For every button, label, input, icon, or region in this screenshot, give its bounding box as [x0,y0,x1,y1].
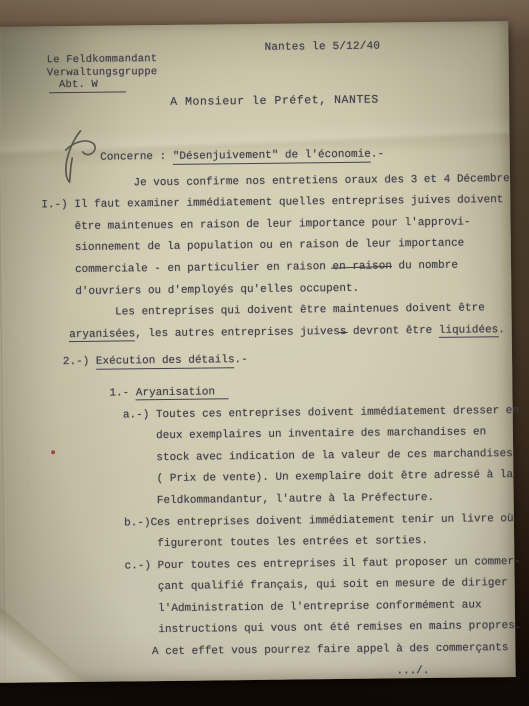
vertical-fold-crease [0,27,8,683]
typed-text-segment: commerciale - en particulier en raison [75,261,333,276]
typed-text-segment: çant qualifié français, qui soit en mesu… [158,577,508,593]
typed-text-segment: Les entreprises qui doivent être mainten… [115,303,485,319]
typed-text-segment: I.-) Il faut examiner immédiatement quel… [41,194,503,211]
typed-text-segment: devront être [346,325,439,338]
typed-text-segment: sionnement de la population ou en raison… [75,238,465,254]
typed-text-segment: A cet effet vous pourrez faire appel à d… [152,642,509,658]
typed-text-segment: Je vous confirme nos entretiens oraux de… [133,173,516,189]
recipient-line: A Monsieur le Préfet, NANTES [170,94,379,109]
typed-text-segment: 1.- [109,387,136,399]
letterhead-line: Verwaltungsgruppe [47,66,158,80]
photographed-document-scene: Le Feldkommandant Verwaltungsgruppe Abt.… [0,0,529,706]
typed-text-segment: .../. [396,665,429,677]
typed-text-segment: figureront toutes les entrées et sorties… [157,535,428,550]
typed-text-segment: s [340,326,347,338]
typed-text-segment: Aryanisation [136,386,229,401]
typed-text-segment: instructions qui vous ont été remises en… [158,620,521,636]
typed-line: 2.-) Exécution des détails.- [63,347,505,374]
typed-text-segment: Feldkommandantur, l'autre à la Préfectur… [157,492,434,507]
letterhead-line: Le Feldkommandant [47,53,158,67]
typed-line: Concerne : "Désenjuivement" de l'économi… [100,143,503,169]
typed-text-segment: c.-) Pour toutes ces entreprises il faut… [125,556,521,572]
typed-text-segment: Concerne : [100,151,173,164]
typed-text-segment: l'Administration de l'entreprise conform… [158,599,482,615]
typed-text-segment: .- [371,148,384,160]
typed-text-segment: liquidées [439,324,499,338]
typed-line: b.-)Ces entreprises doivent immédiatemen… [124,509,507,535]
letterhead-dept-underlined: Abt. W [49,78,126,92]
typed-text-segment: "Désenjuivement" de l'économie [173,149,371,165]
typed-line: .../. [396,660,508,683]
typed-text-segment: . [498,324,505,336]
typed-text-segment: a.-) Toutes ces entreprises doivent immé… [123,405,519,421]
typed-line: ( Prix de vente). Un exemplaire doit êtr… [157,465,507,491]
dateline: Nantes le 5/12/40 [264,41,380,54]
typed-text-segment: b.-)Ces entreprises doivent immédiatemen… [124,513,514,529]
typed-body: Concerne : "Désenjuivement" de l'économi… [41,143,509,686]
typed-text-segment: 2.-) [63,356,96,368]
typed-text-segment: d'ouvriers ou d'employés qu'elles occupe… [75,282,359,297]
typed-text-segment: être maintenues en raison de leur import… [75,216,471,232]
typed-text-segment: stock avec indication de la valeur de ce… [156,448,513,464]
typed-text-segment: , les autres entreprises juives [135,326,340,340]
letterhead-line: Abt. W [47,78,158,93]
typed-text-segment: en raison [332,260,392,273]
typed-text-segment: du nombre [392,260,458,273]
typed-text-segment: ( Prix de vente). Un exemplaire doit êtr… [157,469,514,485]
typed-text-segment: deux exemplaires un inventaire des march… [156,426,486,442]
typed-line: aryanisées, les autres entreprises juive… [69,320,505,347]
document-paper: Le Feldkommandant Verwaltungsgruppe Abt.… [0,21,516,683]
typed-text-segment: aryanisées [69,328,135,342]
typed-text-segment: Exécution des détails [96,355,235,370]
typed-text-segment: .- [234,354,247,366]
letterhead-block: Le Feldkommandant Verwaltungsgruppe Abt.… [47,53,158,93]
typed-line: A cet effet vous pourrez faire appel à d… [152,638,509,664]
